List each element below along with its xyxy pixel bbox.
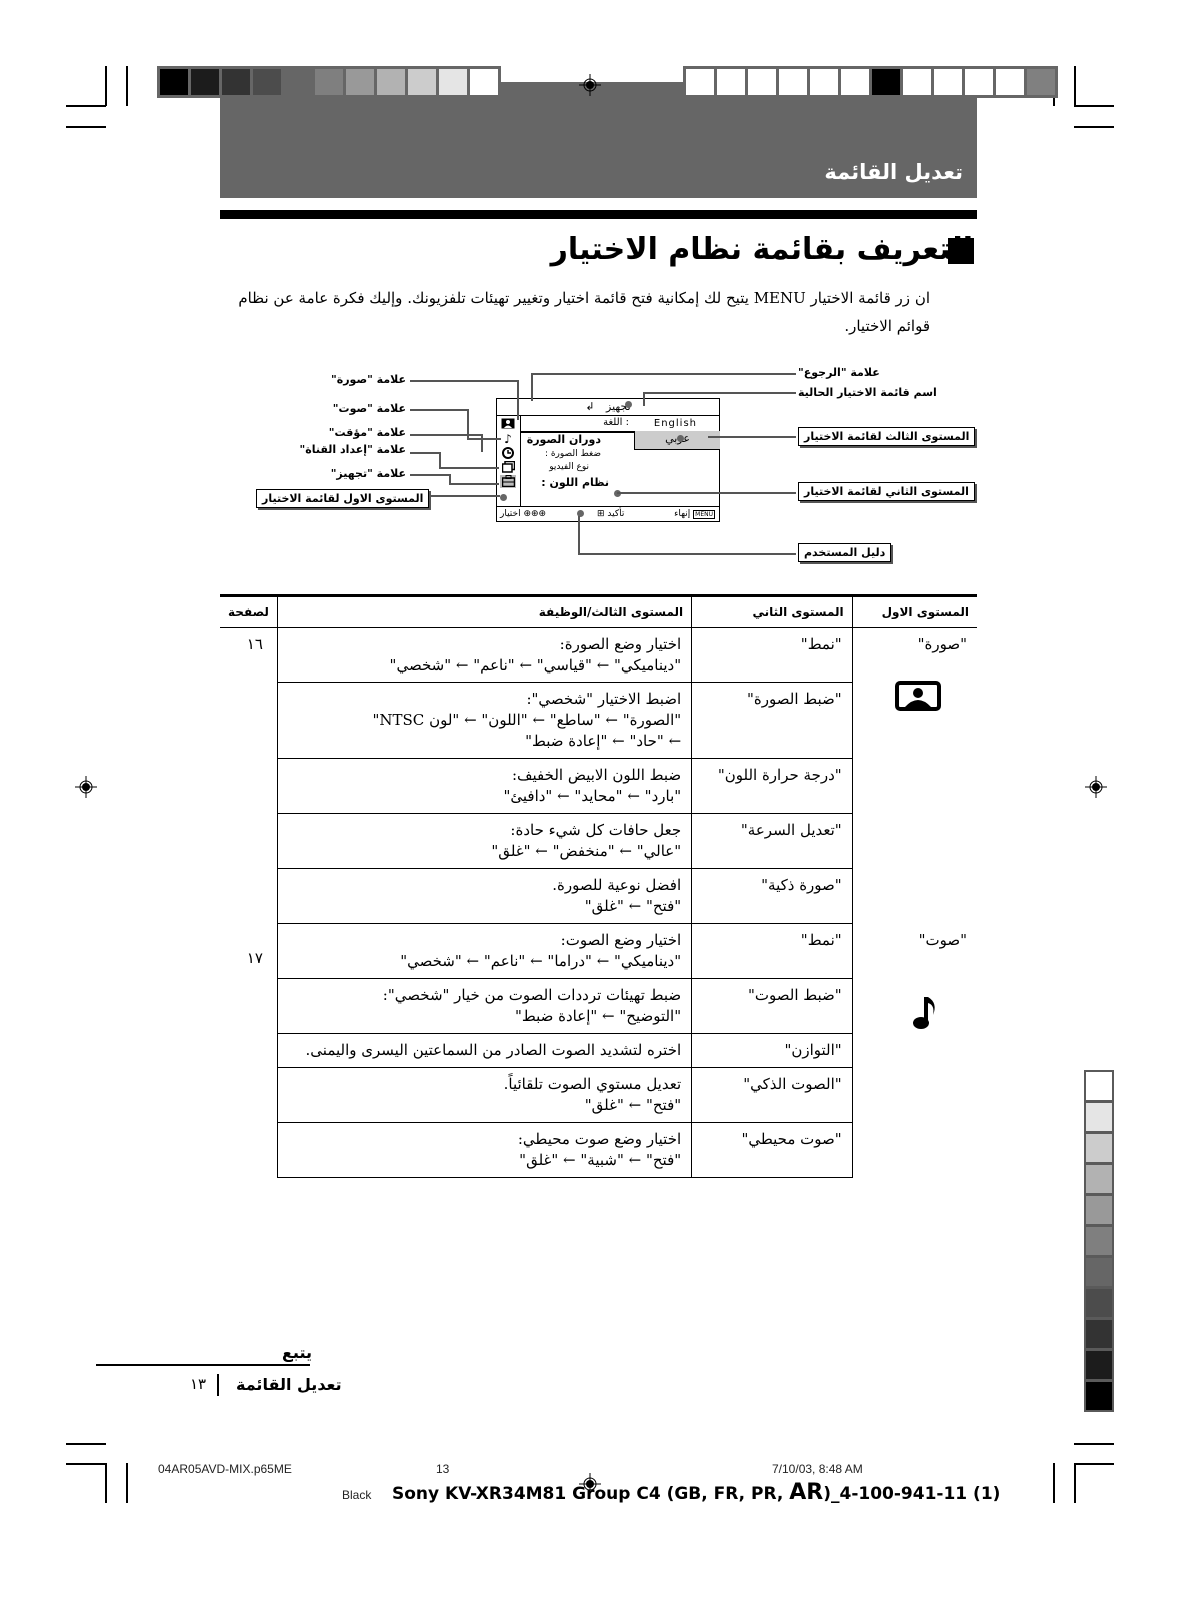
color-bar-right — [683, 66, 1058, 98]
function-line: اضبط الاختيار "شخصي": — [288, 689, 681, 710]
callout-user-guide: دليل المستخدم — [798, 543, 891, 562]
color-swatch — [810, 69, 838, 95]
osd-user-guide-bar: اختيار ⊕⊕⊕ ⊞ تأكيد إنهاء MENU — [497, 506, 719, 521]
function-line: اختيار وضع الصورة: — [288, 634, 681, 655]
function-line: جعل حافات كل شيء حادة: — [288, 820, 681, 841]
callout-dot — [500, 494, 507, 501]
function-line: افضل نوعية للصورة. — [288, 875, 681, 896]
level2-cell: "صورة ذكية" — [692, 869, 853, 924]
guide-exit-label: إنهاء — [674, 509, 690, 519]
slug-datetime: 7/10/03, 8:48 AM — [772, 1462, 863, 1476]
callout-setup-mark: علامة "تجهيز" — [331, 467, 406, 480]
function-line: "فتح" ← "شبية" ← "غلق" — [288, 1150, 681, 1171]
level3-function-cell: اختيار وضع الصوت:"ديناميكي" ← "دراما" ← … — [277, 924, 691, 979]
level2-cell: "تعديل السرعة" — [692, 814, 853, 869]
timer-icon — [500, 447, 516, 460]
osd-screen: تجهيز ↲ ♪ : اللغة English عربي دوران الص… — [496, 398, 720, 522]
function-line: اختره لتشديد الصوت الصادر من السماعتين ا… — [288, 1040, 681, 1061]
osd-title-bar: تجهيز ↲ — [497, 399, 719, 416]
color-swatch — [408, 69, 436, 95]
color-swatch — [841, 69, 869, 95]
guide-select: اختيار ⊕⊕⊕ — [500, 507, 546, 521]
color-swatch — [470, 69, 498, 95]
color-swatch — [1027, 69, 1055, 95]
level3-function-cell: تعديل مستوي الصوت تلقائياً."فتح" ← "غلق" — [277, 1068, 691, 1123]
table-header-row: المستوى الاول المستوى الثاني المستوى الث… — [220, 596, 977, 628]
menu-levels-table: المستوى الاول المستوى الثاني المستوى الث… — [220, 594, 977, 1178]
color-swatch — [903, 69, 931, 95]
color-swatch — [1086, 1289, 1112, 1317]
level1-cell: "صوت" — [852, 924, 977, 1178]
picture-icon — [863, 681, 941, 717]
callout-first-level: المستوى الاول لقائمة الاختيار — [256, 489, 429, 508]
osd-item-color-system: نظام اللون : — [541, 476, 609, 489]
level2-cell: "ضبط الصوت" — [692, 979, 853, 1034]
level2-cell: "نمط" — [692, 924, 853, 979]
slug-product-prefix: Sony KV-XR34M81 Group C4 (GB, FR, PR, — [392, 1484, 789, 1504]
function-line: تعديل مستوي الصوت تلقائياً. — [288, 1074, 681, 1095]
color-swatch — [160, 69, 188, 95]
level2-cell: "التوازن" — [692, 1034, 853, 1068]
level1-label: "صوت" — [863, 930, 967, 951]
col-header-level1: المستوى الاول — [852, 596, 977, 628]
color-swatch — [1086, 1320, 1112, 1348]
osd-language-label: : اللغة — [603, 417, 629, 428]
color-swatch — [717, 69, 745, 95]
callout-dot — [677, 435, 684, 442]
color-swatch — [1086, 1227, 1112, 1255]
slug-plate: Black — [342, 1488, 371, 1502]
col-header-level2: المستوى الثاني — [692, 596, 853, 628]
function-line: "بارد" ← "محايد" ← "دافيئ" — [288, 786, 681, 807]
color-swatch — [191, 69, 219, 95]
color-swatch — [1086, 1258, 1112, 1286]
col-header-level3: المستوى الثالث/الوظيفة — [277, 596, 691, 628]
confirm-icon: ⊞ — [597, 509, 605, 519]
level3-function-cell: اختيار وضع صوت محيطي:"فتح" ← "شبية" ← "غ… — [277, 1123, 691, 1178]
intro-paragraph: ان زر قائمة الاختيار MENU يتيح لك إمكاني… — [230, 284, 930, 340]
slug-filename: 04AR05AVD-MIX.p65ME — [158, 1462, 292, 1476]
picture-icon — [500, 418, 516, 431]
callout-channel-setup-mark: علامة "إعداد القناة" — [300, 443, 406, 456]
section-header-band: تعديل القائمة — [220, 82, 977, 198]
level2-cell: "نمط" — [692, 628, 853, 683]
osd-level1-column: ♪ — [497, 416, 521, 506]
osd-option-english: English — [654, 418, 697, 429]
color-swatch — [1086, 1196, 1112, 1224]
function-line: ← "حاد" ← "إعادة ضبط" — [288, 731, 681, 752]
level2-cell: "صوت محيطي" — [692, 1123, 853, 1178]
function-line: "فتح" ← "غلق" — [288, 1095, 681, 1116]
table-row: "صورة""نمط"اختيار وضع الصورة:"ديناميكي" … — [220, 628, 977, 683]
color-swatch — [872, 69, 900, 95]
page-ref: ١٧ — [230, 948, 263, 969]
slug-product-suffix: )_4-100-941-11 (1) — [823, 1484, 1000, 1504]
color-swatch — [1086, 1351, 1112, 1379]
level3-function-cell: اختره لتشديد الصوت الصادر من السماعتين ا… — [277, 1034, 691, 1068]
footer-rule — [96, 1364, 310, 1366]
setup-icon — [500, 475, 516, 488]
color-swatch — [377, 69, 405, 95]
arrows-icon: ⊕⊕⊕ — [523, 509, 546, 519]
color-swatch — [779, 69, 807, 95]
color-swatch — [996, 69, 1024, 95]
footer-section-title: تعديل القائمة — [236, 1375, 342, 1394]
color-swatch — [965, 69, 993, 95]
guide-confirm-label: تأكيد — [607, 509, 624, 519]
function-line: "ديناميكي" ← "قياسي" ← "ناعم" ← "شخصي" — [288, 655, 681, 676]
callout-third-level: المستوى الثالث لقائمة الاختيار — [798, 427, 975, 446]
menu-badge-icon: MENU — [693, 510, 715, 519]
table-row: "صوت""نمط"اختيار وضع الصوت:"ديناميكي" ← … — [220, 924, 977, 979]
callout-return-mark: علامة "الرجوع" — [798, 366, 880, 379]
slug-product-lang: AR — [789, 1480, 823, 1505]
function-line: "الصورة" ← "ساطع" ← "اللون" ← "لون NTSC" — [288, 710, 681, 731]
col-header-page: لصفحة — [220, 596, 277, 628]
page-heading: التعريف بقائمة نظام الاختيار — [551, 232, 973, 267]
channel-setup-icon — [500, 461, 516, 474]
color-swatch — [222, 69, 250, 95]
osd-item-picture-compression: ضغط الصورة : — [545, 449, 601, 459]
osd-item-video-type: نوع الفيديو — [549, 462, 589, 472]
heading-rule — [220, 210, 977, 219]
level2-cell: "درجة حرارة اللون" — [692, 759, 853, 814]
callout-second-level: المستوى الثاني لقائمة الاختيار — [798, 482, 975, 501]
guide-exit: إنهاء MENU — [674, 507, 715, 522]
color-swatch — [1086, 1072, 1112, 1100]
level3-function-cell: جعل حافات كل شيء حادة:"عالي" ← "منخفض" ←… — [277, 814, 691, 869]
color-bar-vertical — [1084, 1070, 1114, 1412]
registration-mark-icon — [75, 776, 97, 798]
guide-select-label: اختيار — [500, 509, 521, 519]
color-swatch — [315, 69, 343, 95]
function-line: "التوضيح" ← "إعادة ضبط" — [288, 1006, 681, 1027]
level3-function-cell: اضبط الاختيار "شخصي":"الصورة" ← "ساطع" ←… — [277, 683, 691, 759]
function-line: "ديناميكي" ← "دراما" ← "ناعم" ← "شخصي" — [288, 951, 681, 972]
level3-function-cell: افضل نوعية للصورة."فتح" ← "غلق" — [277, 869, 691, 924]
function-line: "عالي" ← "منخفض" ← "غلق" — [288, 841, 681, 862]
return-icon: ↲ — [585, 400, 594, 413]
color-swatch — [253, 69, 281, 95]
level3-function-cell: ضبط تهيئات ترددات الصوت من خيار "شخصي":"… — [277, 979, 691, 1034]
color-swatch — [1086, 1103, 1112, 1131]
color-swatch — [934, 69, 962, 95]
slug-product-code: Sony KV-XR34M81 Group C4 (GB, FR, PR, AR… — [392, 1480, 1000, 1505]
color-swatch — [1086, 1165, 1112, 1193]
level1-cell: "صورة" — [852, 628, 977, 924]
color-swatch — [1086, 1134, 1112, 1162]
footer-divider — [217, 1374, 219, 1396]
function-line: "فتح" ← "غلق" — [288, 896, 681, 917]
page-ref: ١٦ — [230, 634, 263, 655]
level3-function-cell: ضبط اللون الابيض الخفيف:"بارد" ← "محايد"… — [277, 759, 691, 814]
level3-function-cell: اختيار وضع الصورة:"ديناميكي" ← "قياسي" ←… — [277, 628, 691, 683]
function-line: ضبط تهيئات ترددات الصوت من خيار "شخصي": — [288, 985, 681, 1006]
osd-item-picture-rotation: دوران الصورة — [527, 433, 601, 446]
slug-page: 13 — [436, 1462, 449, 1476]
function-line: ضبط اللون الابيض الخفيف: — [288, 765, 681, 786]
level2-cell: "الصوت الذكي" — [692, 1068, 853, 1123]
sound-icon — [863, 995, 941, 1037]
function-line: اختيار وضع الصوت: — [288, 930, 681, 951]
color-swatch — [284, 69, 312, 95]
callout-sound-mark: علامة "صوت" — [333, 402, 406, 415]
sound-icon: ♪ — [500, 433, 516, 446]
level1-label: "صورة" — [863, 634, 967, 655]
page-ref-cell: ١٧ — [220, 924, 277, 1178]
registration-mark-icon — [579, 74, 601, 96]
level2-cell: "ضبط الصورة" — [692, 683, 853, 759]
callout-timer-mark: علامة "مؤقت" — [329, 426, 406, 439]
guide-confirm: ⊞ تأكيد — [597, 507, 624, 521]
callout-dot — [625, 401, 632, 408]
callout-current-menu-name: اسم قائمة الاختيار الحالية — [798, 386, 937, 399]
color-swatch — [439, 69, 467, 95]
function-line: اختيار وضع صوت محيطي: — [288, 1129, 681, 1150]
registration-mark-icon — [1085, 776, 1107, 798]
footer-page-number: ١٣ — [190, 1375, 206, 1393]
page-ref-cell: ١٦ — [220, 628, 277, 924]
color-swatch — [748, 69, 776, 95]
continued-label: يتبع — [282, 1343, 312, 1362]
color-swatch — [686, 69, 714, 95]
callout-picture-mark: علامة "صورة" — [331, 373, 406, 386]
color-swatch — [346, 69, 374, 95]
section-title: تعديل القائمة — [824, 160, 963, 184]
color-bar-left — [157, 66, 501, 98]
color-swatch — [1086, 1382, 1112, 1410]
